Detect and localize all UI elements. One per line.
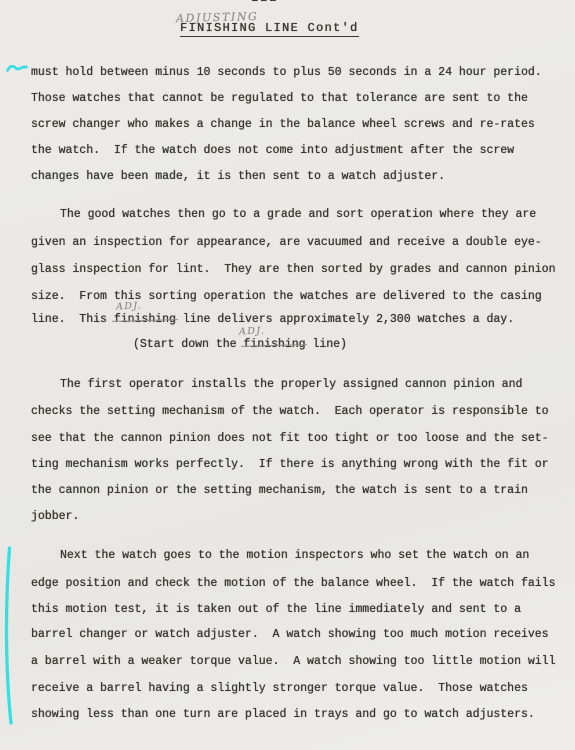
typed-line: jobber. <box>31 510 79 524</box>
document-page: 122 ADJUSTING FINISHING LINE Cont'd must… <box>0 0 575 750</box>
typed-line: edge position and check the motion of th… <box>31 577 556 591</box>
typed-line: The first operator installs the properly… <box>60 378 522 392</box>
typed-line: the cannon pinion or the setting mechani… <box>31 484 528 498</box>
page-title: FINISHING LINE Cont'd <box>180 21 359 37</box>
typed-line: (Start down the finishing line) <box>133 338 347 352</box>
typed-line: this motion test, it is taken out of the… <box>31 603 521 617</box>
adj-annotation: ADJ. <box>239 326 266 338</box>
typed-line: given an inspection for appearance, are … <box>31 236 542 250</box>
typed-line: The good watches then go to a grade and … <box>60 208 536 222</box>
typed-line: barrel changer or watch adjuster. A watc… <box>31 628 549 642</box>
page-number: 122 <box>251 0 279 5</box>
line-text: line delivers approximately 2,300 watche… <box>176 313 514 326</box>
typed-line: the watch. If the watch does not come in… <box>31 144 514 158</box>
strikethrough-word: finishing <box>243 338 305 351</box>
margin-vertical-line-mark <box>3 546 17 726</box>
typed-line: screw changer who makes a change in the … <box>31 118 535 132</box>
typed-line: glass inspection for lint. They are then… <box>31 263 556 277</box>
typed-line: showing less than one turn are placed in… <box>31 708 535 722</box>
typed-line: checks the setting mechanism of the watc… <box>31 405 549 419</box>
typed-line: line. This finishing line delivers appro… <box>31 313 514 327</box>
typed-line: must hold between minus 10 seconds to pl… <box>31 66 542 80</box>
line-text: line. This <box>31 313 114 326</box>
adj-annotation: ADJ. <box>116 301 143 313</box>
typed-line: changes have been made, it is then sent … <box>31 170 445 184</box>
typed-line: see that the cannon pinion does not fit … <box>31 432 549 446</box>
typed-line: Those watches that cannot be regulated t… <box>31 92 528 106</box>
typed-line: size. From this sorting operation the wa… <box>31 290 542 304</box>
line-text: line) <box>306 338 347 351</box>
typed-line: ting mechanism works perfectly. If there… <box>31 458 549 472</box>
typed-line: Next the watch goes to the motion inspec… <box>60 549 529 563</box>
line-text: (Start down the <box>133 338 243 351</box>
margin-squiggle-mark <box>6 62 28 76</box>
strikethrough-word: finishing <box>114 313 176 326</box>
typed-line: receive a barrel having a slightly stron… <box>31 682 528 696</box>
typed-line: a barrel with a weaker torque value. A w… <box>31 655 556 669</box>
